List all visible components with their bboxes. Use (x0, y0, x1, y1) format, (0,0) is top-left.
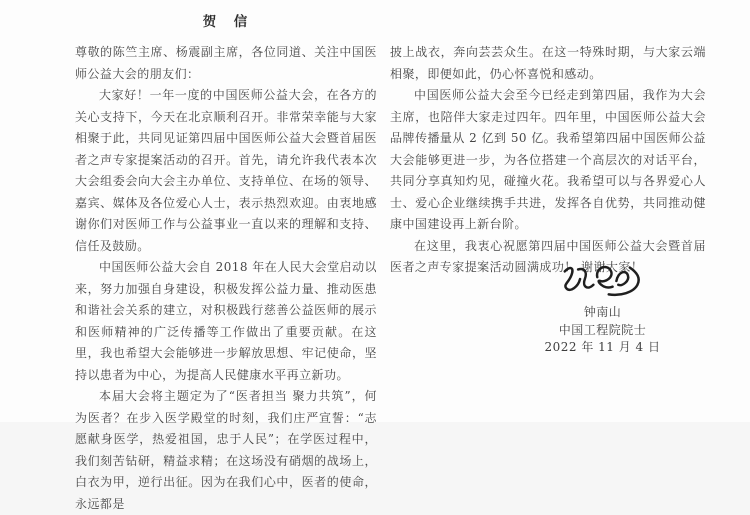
right-column: 披上战衣，奔向芸芸众生。在这一特殊时期，与大家云端相聚，即便如此，仍心怀喜悦和感… (390, 42, 706, 279)
letter-page: 贺 信 尊敬的陈竺主席、杨震副主席，各位同道、关注中国医师公益大会的朋友们： 大… (0, 0, 750, 422)
handwritten-signature-image (555, 258, 651, 302)
letter-date: 2022 年 11 月 4 日 (515, 339, 690, 357)
letter-title: 贺 信 (75, 10, 377, 30)
paragraph: 本届大会将主题定为了“医者担当 聚力共筑”，何为医者？在步入医学殿堂的时刻，我们… (75, 386, 377, 422)
signature-block: 钟南山 中国工程院院士 2022 年 11 月 4 日 (515, 258, 690, 357)
signatory-name: 钟南山 (515, 304, 690, 322)
paragraph: 大家好！一年一度的中国医师公益大会，在各方的关心支持下，今天在北京顺利召开。非常… (75, 85, 377, 257)
paragraph-continuation: 披上战衣，奔向芸芸众生。在这一特殊时期，与大家云端相聚，即便如此，仍心怀喜悦和感… (390, 42, 706, 85)
signatory-title: 中国工程院院士 (515, 322, 690, 340)
salutation: 尊敬的陈竺主席、杨震副主席，各位同道、关注中国医师公益大会的朋友们： (75, 42, 377, 85)
paragraph: 中国医师公益大会自 2018 年在人民大会堂启动以来，努力加强自身建设，积极发挥… (75, 257, 377, 386)
left-column: 尊敬的陈竺主席、杨震副主席，各位同道、关注中国医师公益大会的朋友们： 大家好！一… (75, 42, 377, 422)
paragraph: 中国医师公益大会至今已经走到第四届，我作为大会主席，也陪伴大家走过四年。四年里，… (390, 85, 706, 236)
